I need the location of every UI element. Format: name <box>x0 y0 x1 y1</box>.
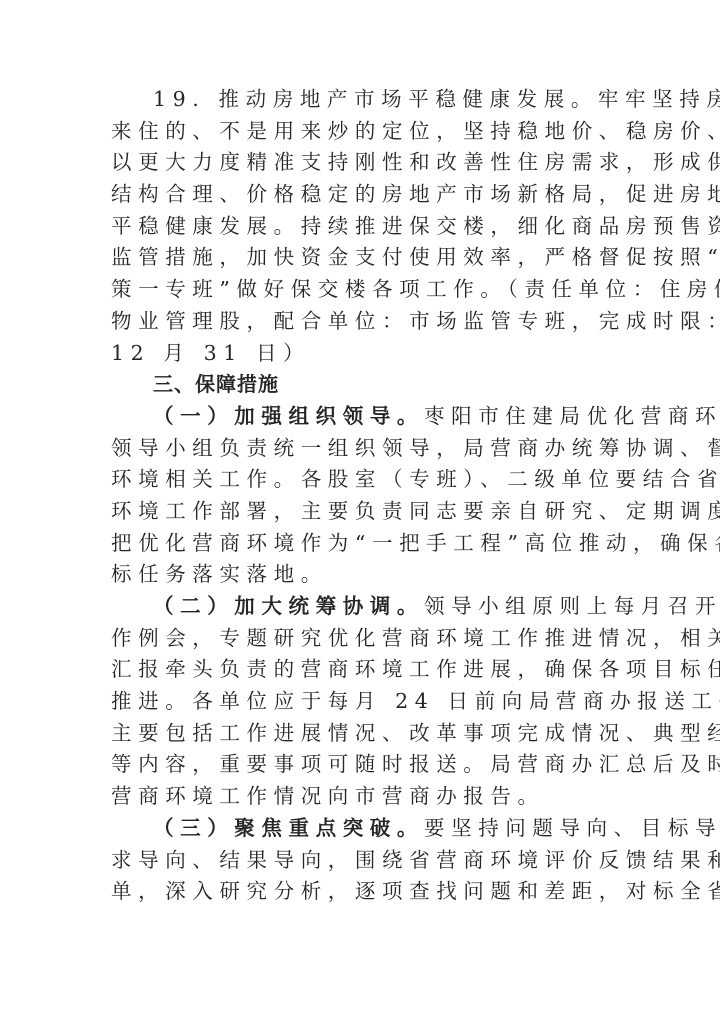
text-line: 物业管理股，配合单位：市场监管专班，完成时限：2023 年 <box>111 306 608 338</box>
measure-text: 枣阳市住建局优化营商环境工作 <box>424 404 720 428</box>
text-line: （二）加大统筹协调。领导小组原则上每月召开一次工 <box>111 591 608 623</box>
measure-lead: （一）加强组织领导。 <box>153 404 424 428</box>
text-line: 标任务落实落地。 <box>111 559 611 591</box>
text-line: 求导向、结果导向，围绕省营商环境评价反馈结果和问题清 <box>111 845 608 877</box>
text-line: 作例会，专题研究优化营商环境工作推进情况，相关科室要 <box>111 623 608 655</box>
text-line: 19. 推动房地产市场平稳健康发展。牢牢坚持房子是用 <box>111 84 608 116</box>
text-line: 环境相关工作。各股室（专班）、二级单位要结合省市营商 <box>111 464 608 496</box>
measure-text: 领导小组原则上每月召开一次工 <box>424 594 720 618</box>
document-page: 19. 推动房地产市场平稳健康发展。牢牢坚持房子是用 来住的、不是用来炒的定位，… <box>111 84 611 908</box>
measure-1: （一）加强组织领导。枣阳市住建局优化营商环境工作 领导小组负责统一组织领导，局营… <box>111 401 611 591</box>
text-line: （一）加强组织领导。枣阳市住建局优化营商环境工作 <box>111 401 608 433</box>
section-heading: 三、保障措施 <box>111 369 611 401</box>
text-line: 环境工作部署，主要负责同志要亲自研究、定期调度，切实 <box>111 496 608 528</box>
text-line: 把优化营商环境作为“一把手工程”高位推动，确保各项目 <box>111 528 608 560</box>
text-line: 营商环境工作情况向市营商办报告。 <box>111 781 611 813</box>
text-line: 结构合理、价格稳定的房地产市场新格局，促进房地产市场 <box>111 179 608 211</box>
measure-3: （三）聚焦重点突破。要坚持问题导向、目标导向、需 求导向、结果导向，围绕省营商环… <box>111 813 611 908</box>
text-line: 汇报牵头负责的营商环境工作进展，确保各项目标任务按时 <box>111 654 608 686</box>
text-line: （三）聚焦重点突破。要坚持问题导向、目标导向、需 <box>111 813 608 845</box>
text-line: 平稳健康发展。持续推进保交楼，细化商品房预售资金分类 <box>111 211 608 243</box>
text-line: 来住的、不是用来炒的定位，坚持稳地价、稳房价、稳预期， <box>111 116 608 148</box>
paragraph-item-19: 19. 推动房地产市场平稳健康发展。牢牢坚持房子是用 来住的、不是用来炒的定位，… <box>111 84 611 369</box>
text-line: 12 月 31 日） <box>111 338 611 370</box>
text-line: 等内容，重要事项可随时报送。局营商办汇总后及时将优化 <box>111 749 608 781</box>
text-line: 监管措施，加快资金支付使用效率，严格督促按照“一楼一 <box>111 242 608 274</box>
text-line: 领导小组负责统一组织领导，局营商办统筹协调、督办营商 <box>111 433 608 465</box>
measure-lead: （三）聚焦重点突破。 <box>153 816 424 840</box>
measure-2: （二）加大统筹协调。领导小组原则上每月召开一次工 作例会，专题研究优化营商环境工… <box>111 591 611 813</box>
text-line: 主要包括工作进展情况、改革事项完成情况、典型经验做法 <box>111 718 608 750</box>
text-line: 推进。各单位应于每月 24 日前向局营商办报送工作信息， <box>111 686 608 718</box>
text-line: 以更大力度精准支持刚性和改善性住房需求，形成供需平衡、 <box>111 147 608 179</box>
text-line: 策一专班”做好保交楼各项工作。（责任单位：住房保障与 <box>111 274 608 306</box>
text-line: 单，深入研究分析，逐项查找问题和差距，对标全省最优标 <box>111 876 608 908</box>
measure-text: 要坚持问题导向、目标导向、需 <box>424 816 720 840</box>
measure-lead: （二）加大统筹协调。 <box>153 594 424 618</box>
